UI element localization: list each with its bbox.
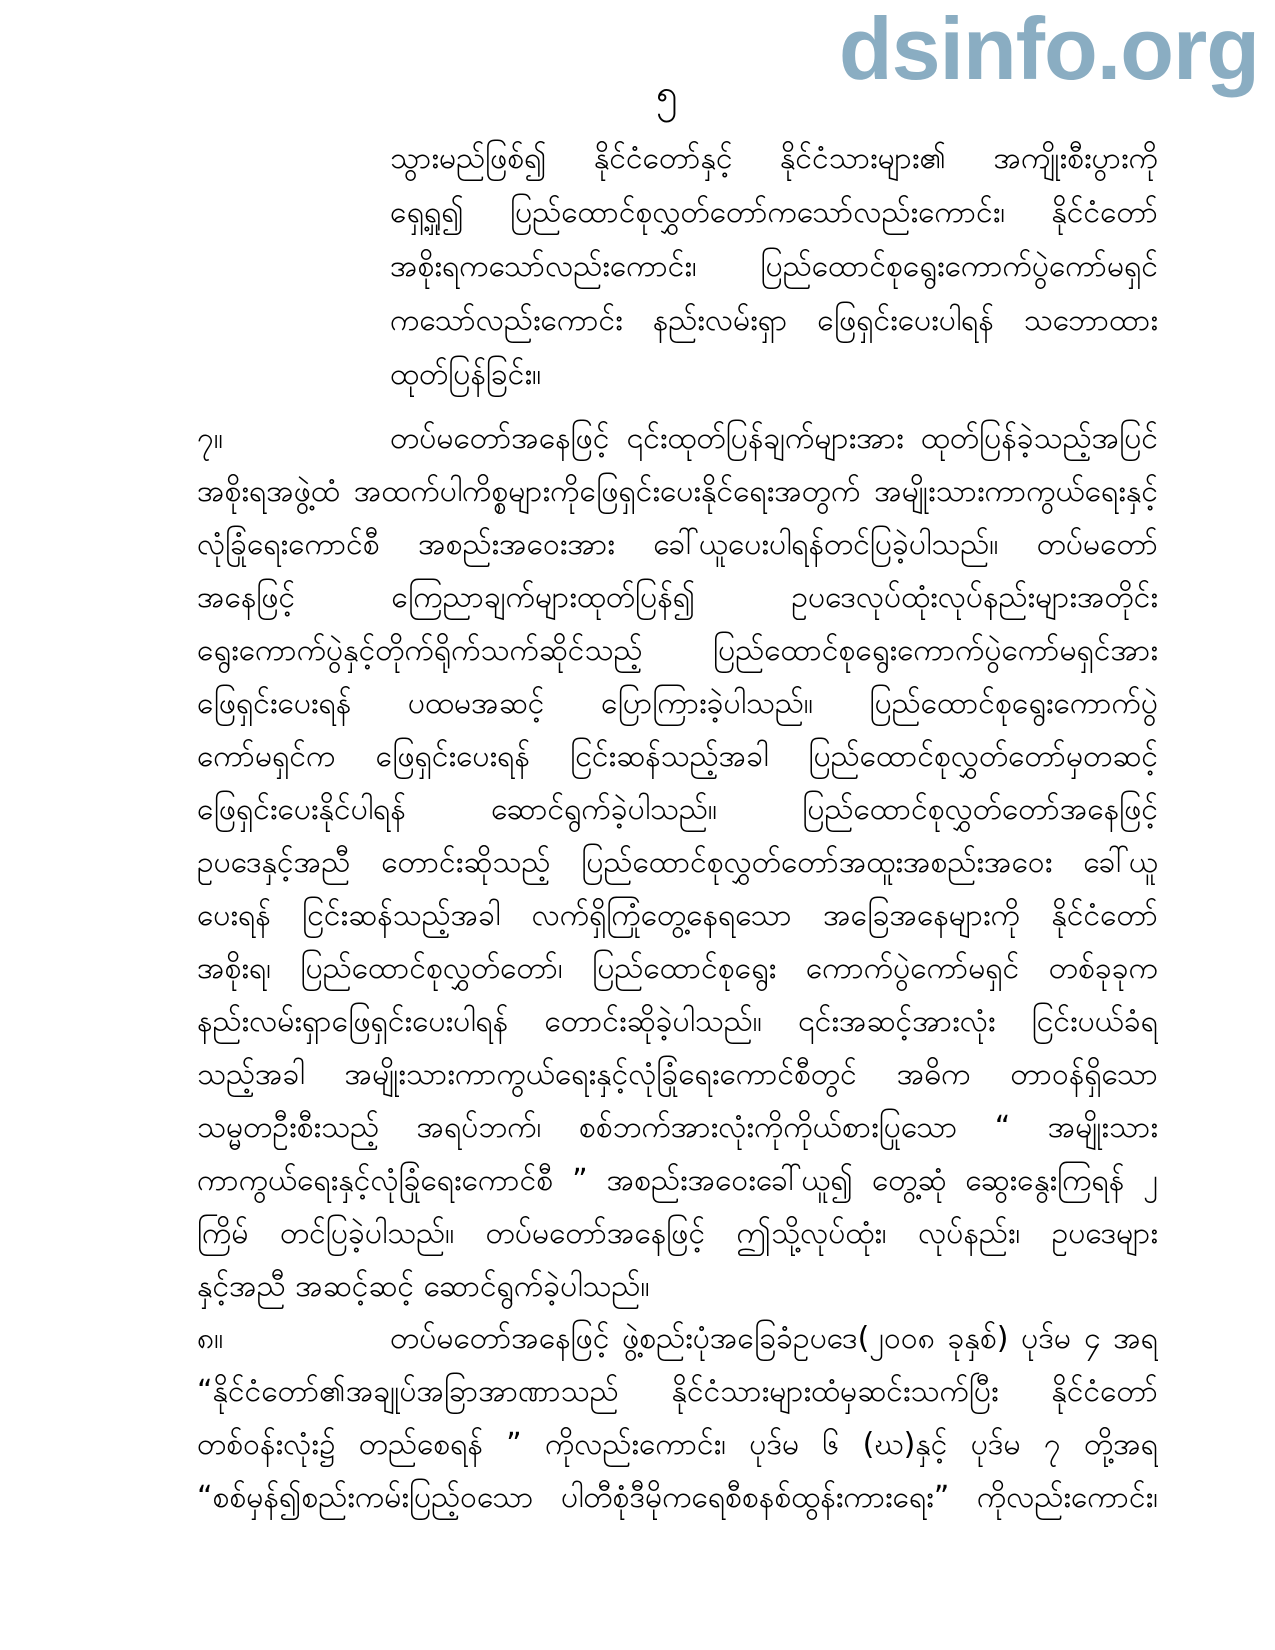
paragraph-line: လုံခြုံရေးကောင်စီ အစည်းအဝေးအား ခေါ်ယူပေး… [197,518,1158,571]
preamble-line: သွားမည်ဖြစ်၍ နိုင်ငံတော်နှင့် နိုင်ငံသား… [390,132,1158,186]
watermark: dsinfo.org [839,0,1259,99]
paragraph-line: အနေဖြင့် ကြေညာချက်များထုတ်ပြန်၍ ဥပဒေလုပ်… [197,571,1158,624]
paragraph-line: တစ်ဝန်းလုံး၌ တည်စေရန် ” ကိုလည်းကောင်း၊ ပ… [197,1418,1158,1471]
preamble-line: ထုတ်ပြန်ခြင်း။ [390,348,1158,402]
paragraph-line: ၈။တပ်မတော်အနေဖြင့် ဖွဲ့စည်းပုံအခြေခံဥပဒေ… [197,1312,1158,1365]
preamble-line: ရှေ့ရှု၍ ပြည်ထောင်စုလွှတ်တော်ကသော်လည်းကေ… [390,186,1158,240]
paragraph-8: ၈။တပ်မတော်အနေဖြင့် ဖွဲ့စည်းပုံအခြေခံဥပဒေ… [197,1312,1158,1524]
paragraph-number: ၇။ [197,412,390,465]
paragraph-line: ကော်မရှင်က ဖြေရှင်းပေးရန် ငြင်းဆန်သည့်အခ… [197,730,1158,783]
paragraph-line: ၇။တပ်မတော်အနေဖြင့် ၎င်းထုတ်ပြန်ချက်များအ… [197,412,1158,465]
paragraph-line-text: တပ်မတော်အနေဖြင့် ၎င်းထုတ်ပြန်ချက်များအား… [390,421,1158,456]
preamble-line: အစိုးရကသော်လည်းကောင်း၊ ပြည်ထောင်စုရွေးကေ… [390,240,1158,294]
paragraph-line: ဥပဒေနှင့်အညီ တောင်းဆိုသည့် ပြည်ထောင်စုလွ… [197,836,1158,889]
paragraph-line: အစိုးရအဖွဲ့ထံ အထက်ပါကိစ္စများကိုဖြေရှင်း… [197,465,1158,518]
paragraph-line: နှင့်အညီ အဆင့်ဆင့် ဆောင်ရွက်ခဲ့ပါသည်။ [197,1260,1158,1313]
paragraph-line: ကြိမ် တင်ပြခဲ့ပါသည်။ တပ်မတော်အနေဖြင့် ဤသ… [197,1207,1158,1260]
paragraph-line: ဖြေရှင်းပေးနိုင်ပါရန် ဆောင်ရွက်ခဲ့ပါသည်။… [197,783,1158,836]
paragraph-line: နည်းလမ်းရှာဖြေရှင်းပေးပါရန် တောင်းဆိုခဲ့… [197,995,1158,1048]
paragraph-line: အစိုးရ၊ ပြည်ထောင်စုလွှတ်တော်၊ ပြည်ထောင်စ… [197,942,1158,995]
document-page: dsinfo.org ၅ သွားမည်ဖြစ်၍ နိုင်ငံတော်နှင… [0,0,1275,1650]
paragraph-line: “စစ်မှန်၍စည်းကမ်းပြည့်ဝသော ပါတီစုံဒီမိုက… [197,1471,1158,1524]
paragraph-line: သည့်အခါ အမျိုးသားကာကွယ်ရေးနှင့်လုံခြုံရေ… [197,1048,1158,1101]
page-number: ၅ [656,68,677,118]
paragraph-line: “နိုင်ငံတော်၏အချုပ်အခြာအာဏာသည် နိုင်ငံသာ… [197,1365,1158,1418]
paragraph-line: ပေးရန် ငြင်းဆန်သည့်အခါ လက်ရှိကြုံတွေ့နေရ… [197,889,1158,942]
paragraph-line: ဖြေရှင်းပေးရန် ပထမအဆင့် ပြောကြားခဲ့ပါသည်… [197,677,1158,730]
paragraph-line: ရွေးကောက်ပွဲနှင့်တိုက်ရိုက်သက်ဆိုင်သည့် … [197,624,1158,677]
paragraph-7: ၇။တပ်မတော်အနေဖြင့် ၎င်းထုတ်ပြန်ချက်များအ… [197,412,1158,1313]
paragraph-line: သမ္မတဦးစီးသည့် အရပ်ဘက်၊ စစ်ဘက်အားလုံးကို… [197,1101,1158,1154]
paragraph-line: ကာကွယ်ရေးနှင့်လုံခြုံရေးကောင်စီ ” အစည်းအ… [197,1154,1158,1207]
preamble-block: သွားမည်ဖြစ်၍ နိုင်ငံတော်နှင့် နိုင်ငံသား… [390,132,1158,402]
paragraph-line-text: တပ်မတော်အနေဖြင့် ဖွဲ့စည်းပုံအခြေခံဥပဒေ(၂… [390,1321,1158,1356]
paragraph-number: ၈။ [197,1312,390,1365]
preamble-line: ကသော်လည်းကောင်း နည်းလမ်းရှာ ဖြေရှင်းပေးပ… [390,294,1158,348]
